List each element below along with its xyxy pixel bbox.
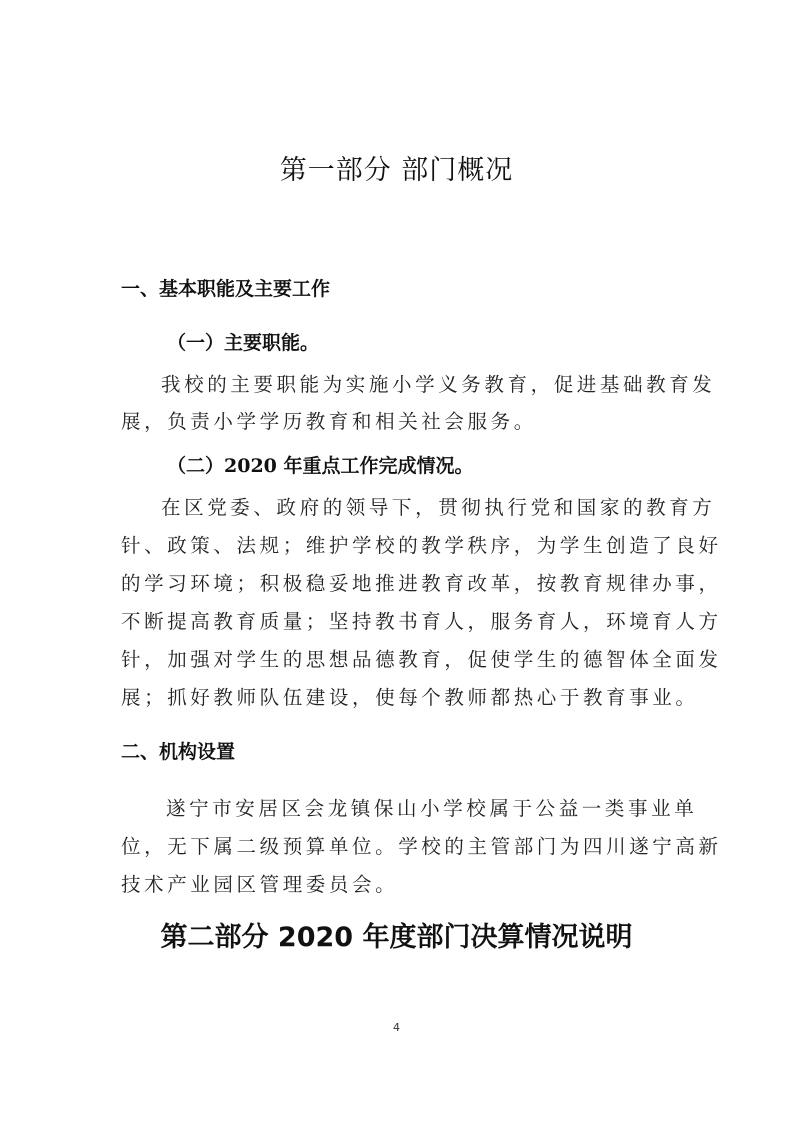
paragraph-line: 位，无下属二级预算单位。学校的主管部门为四川遂宁高新: [121, 831, 722, 859]
part-one-title: 第一部分 部门概况: [0, 148, 793, 187]
paragraph-line: 展，负责小学学历教育和相关社会服务。: [121, 406, 537, 434]
paragraph-line: 不断提高教育质量；坚持教书育人，服务育人，环境育人方: [121, 606, 722, 634]
paragraph-line: 的学习环境；积极稳妥地推进教育改革，按教育规律办事，: [121, 568, 722, 596]
subsection-heading-main-functions: （一）主要职能。: [167, 328, 319, 355]
paragraph-line: 遂宁市安居区会龙镇保山小学校属于公益一类事业单: [166, 793, 697, 821]
paragraph-line: 技术产业园区管理委员会。: [121, 869, 398, 897]
paragraph-line: 展；抓好教师队伍建设，使每个教师都热心于教育事业。: [121, 682, 699, 710]
page-number: 4: [0, 1021, 793, 1034]
part-two-title: 第二部分 2020 年度部门决算情况说明: [0, 915, 793, 954]
paragraph-line: 针、政策、法规；维护学校的教学秩序，为学生创造了良好: [121, 530, 722, 558]
subsection-heading-2020-work: （二）2020 年重点工作完成情况。: [167, 451, 474, 478]
section-heading-basic-functions: 一、基本职能及主要工作: [121, 274, 330, 301]
document-page: 第一部分 部门概况 一、基本职能及主要工作 （一）主要职能。 我校的主要职能为实…: [0, 0, 793, 1122]
section-heading-organization: 二、机构设置: [121, 737, 235, 764]
paragraph-line: 针，加强对学生的思想品德教育，促使学生的德智体全面发: [121, 644, 722, 672]
paragraph-line: 在区党委、政府的领导下，贯彻执行党和国家的教育方: [161, 492, 715, 520]
paragraph-line: 我校的主要职能为实施小学义务教育，促进基础教育发: [161, 369, 715, 397]
